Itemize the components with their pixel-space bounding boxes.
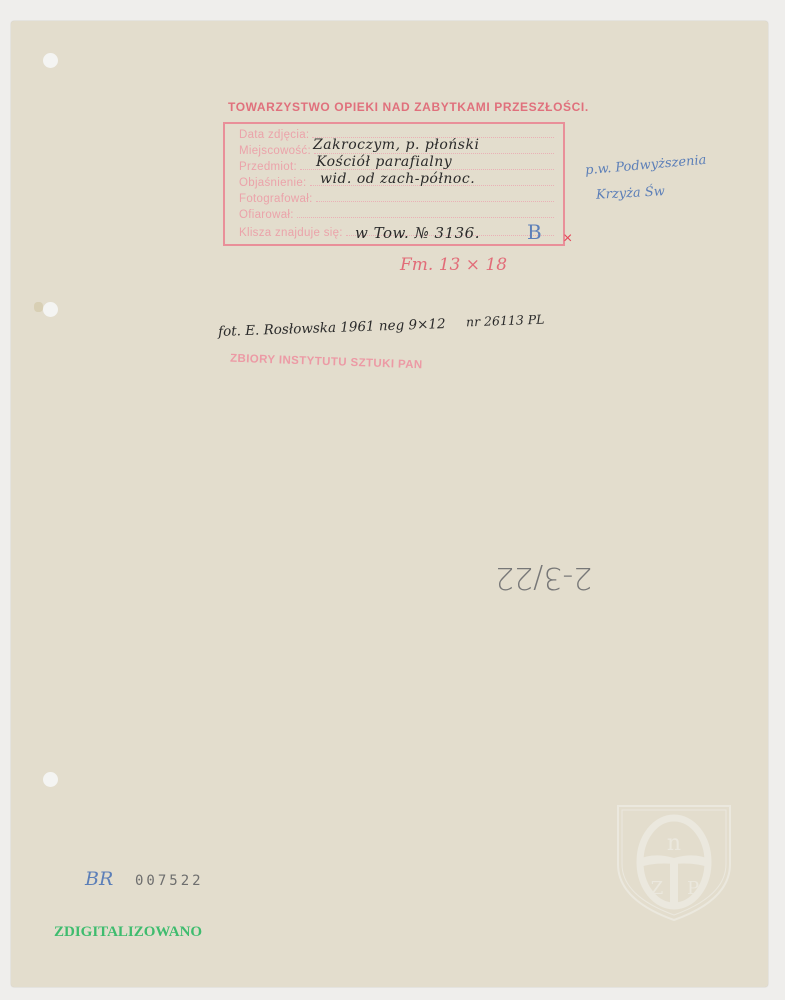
red-format-note: Fm. 13 × 18: [400, 255, 507, 275]
handwritten-negative-location: w Tow. № 3136.: [355, 224, 480, 242]
svg-text:Z: Z: [651, 878, 664, 899]
field-label: Ofiarował:: [239, 209, 294, 221]
stamp-title: TOWARZYSTWO OPIEKI NAD ZABYTKAMI PRZESZŁ…: [228, 100, 589, 114]
field-label: Fotografował:: [239, 193, 313, 205]
field-label: Przedmiot:: [239, 161, 297, 173]
punch-hole-bottom: [43, 772, 58, 787]
field-label: Klisza znajduje się:: [239, 227, 343, 239]
handwritten-description: wid. od zach-północ.: [320, 171, 475, 187]
field-label: Data zdjęcia:: [239, 129, 309, 141]
digitized-stamp: ZDIGITALIZOWANO: [54, 924, 202, 941]
svg-text:n: n: [667, 831, 681, 856]
paper-tear: [34, 302, 43, 312]
shield-monogram-icon: n Z P: [613, 802, 735, 922]
svg-text:P: P: [687, 878, 699, 899]
handwritten-subject: Kościół parafialny: [316, 154, 452, 170]
field-label: Objaśnienie:: [239, 177, 307, 189]
punch-hole-middle: [43, 302, 58, 317]
pencil-note-upside-down: 2-3/22: [495, 560, 592, 595]
blue-letter-mark: B: [527, 220, 542, 244]
punch-hole-top: [43, 53, 58, 68]
stamp-field-photographer: Fotografował:: [239, 190, 554, 205]
field-label: Miejscowość:: [239, 145, 311, 157]
catalog-number-stamp: 007522: [135, 873, 204, 889]
handwritten-place: Zakroczym, p. płoński: [313, 137, 479, 153]
catalog-prefix: BR: [85, 868, 113, 890]
inventory-number: nr 26113 PL: [466, 312, 545, 330]
stamp-field-donor: Ofiarował:: [239, 206, 554, 221]
red-cross-mark: ×: [563, 230, 572, 248]
